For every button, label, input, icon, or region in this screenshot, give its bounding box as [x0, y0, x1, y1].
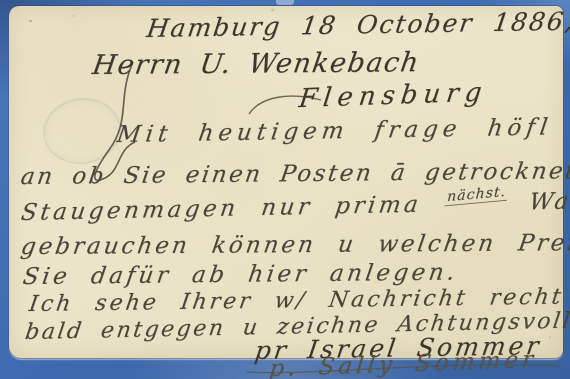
body-line-3-end: Waare	[528, 187, 570, 215]
body-line-3: Staugenmagen nur prima nächst. Waare	[19, 187, 570, 226]
postcard: Hamburg 18 October 1886, Herrn U. Wenkeb…	[9, 6, 563, 358]
body-line-5: Sie dafür ab hier anlegen.	[21, 259, 460, 290]
dateline: Hamburg 18 October 1886,	[145, 7, 570, 44]
body-line-3-insertion: nächst.	[444, 184, 508, 207]
postcard-scan: Hamburg 18 October 1886, Herrn U. Wenkeb…	[0, 0, 570, 379]
faint-postmark-stamp	[39, 93, 125, 169]
paper-speck	[73, 15, 75, 17]
frame-notch	[276, 0, 294, 5]
paper-speck	[271, 9, 274, 11]
paper-speck	[29, 20, 32, 22]
body-line-4: gebrauchen können u welchen Preis	[19, 230, 570, 260]
body-line-1: Mit heutigem frage höfl	[115, 114, 554, 148]
paper-speck	[549, 336, 551, 338]
recipient-name: Herrn U. Wenkebach	[90, 47, 422, 81]
recipient-city: Flensburg	[297, 77, 489, 114]
body-line-3-start: Staugenmagen nur prima	[19, 192, 423, 226]
